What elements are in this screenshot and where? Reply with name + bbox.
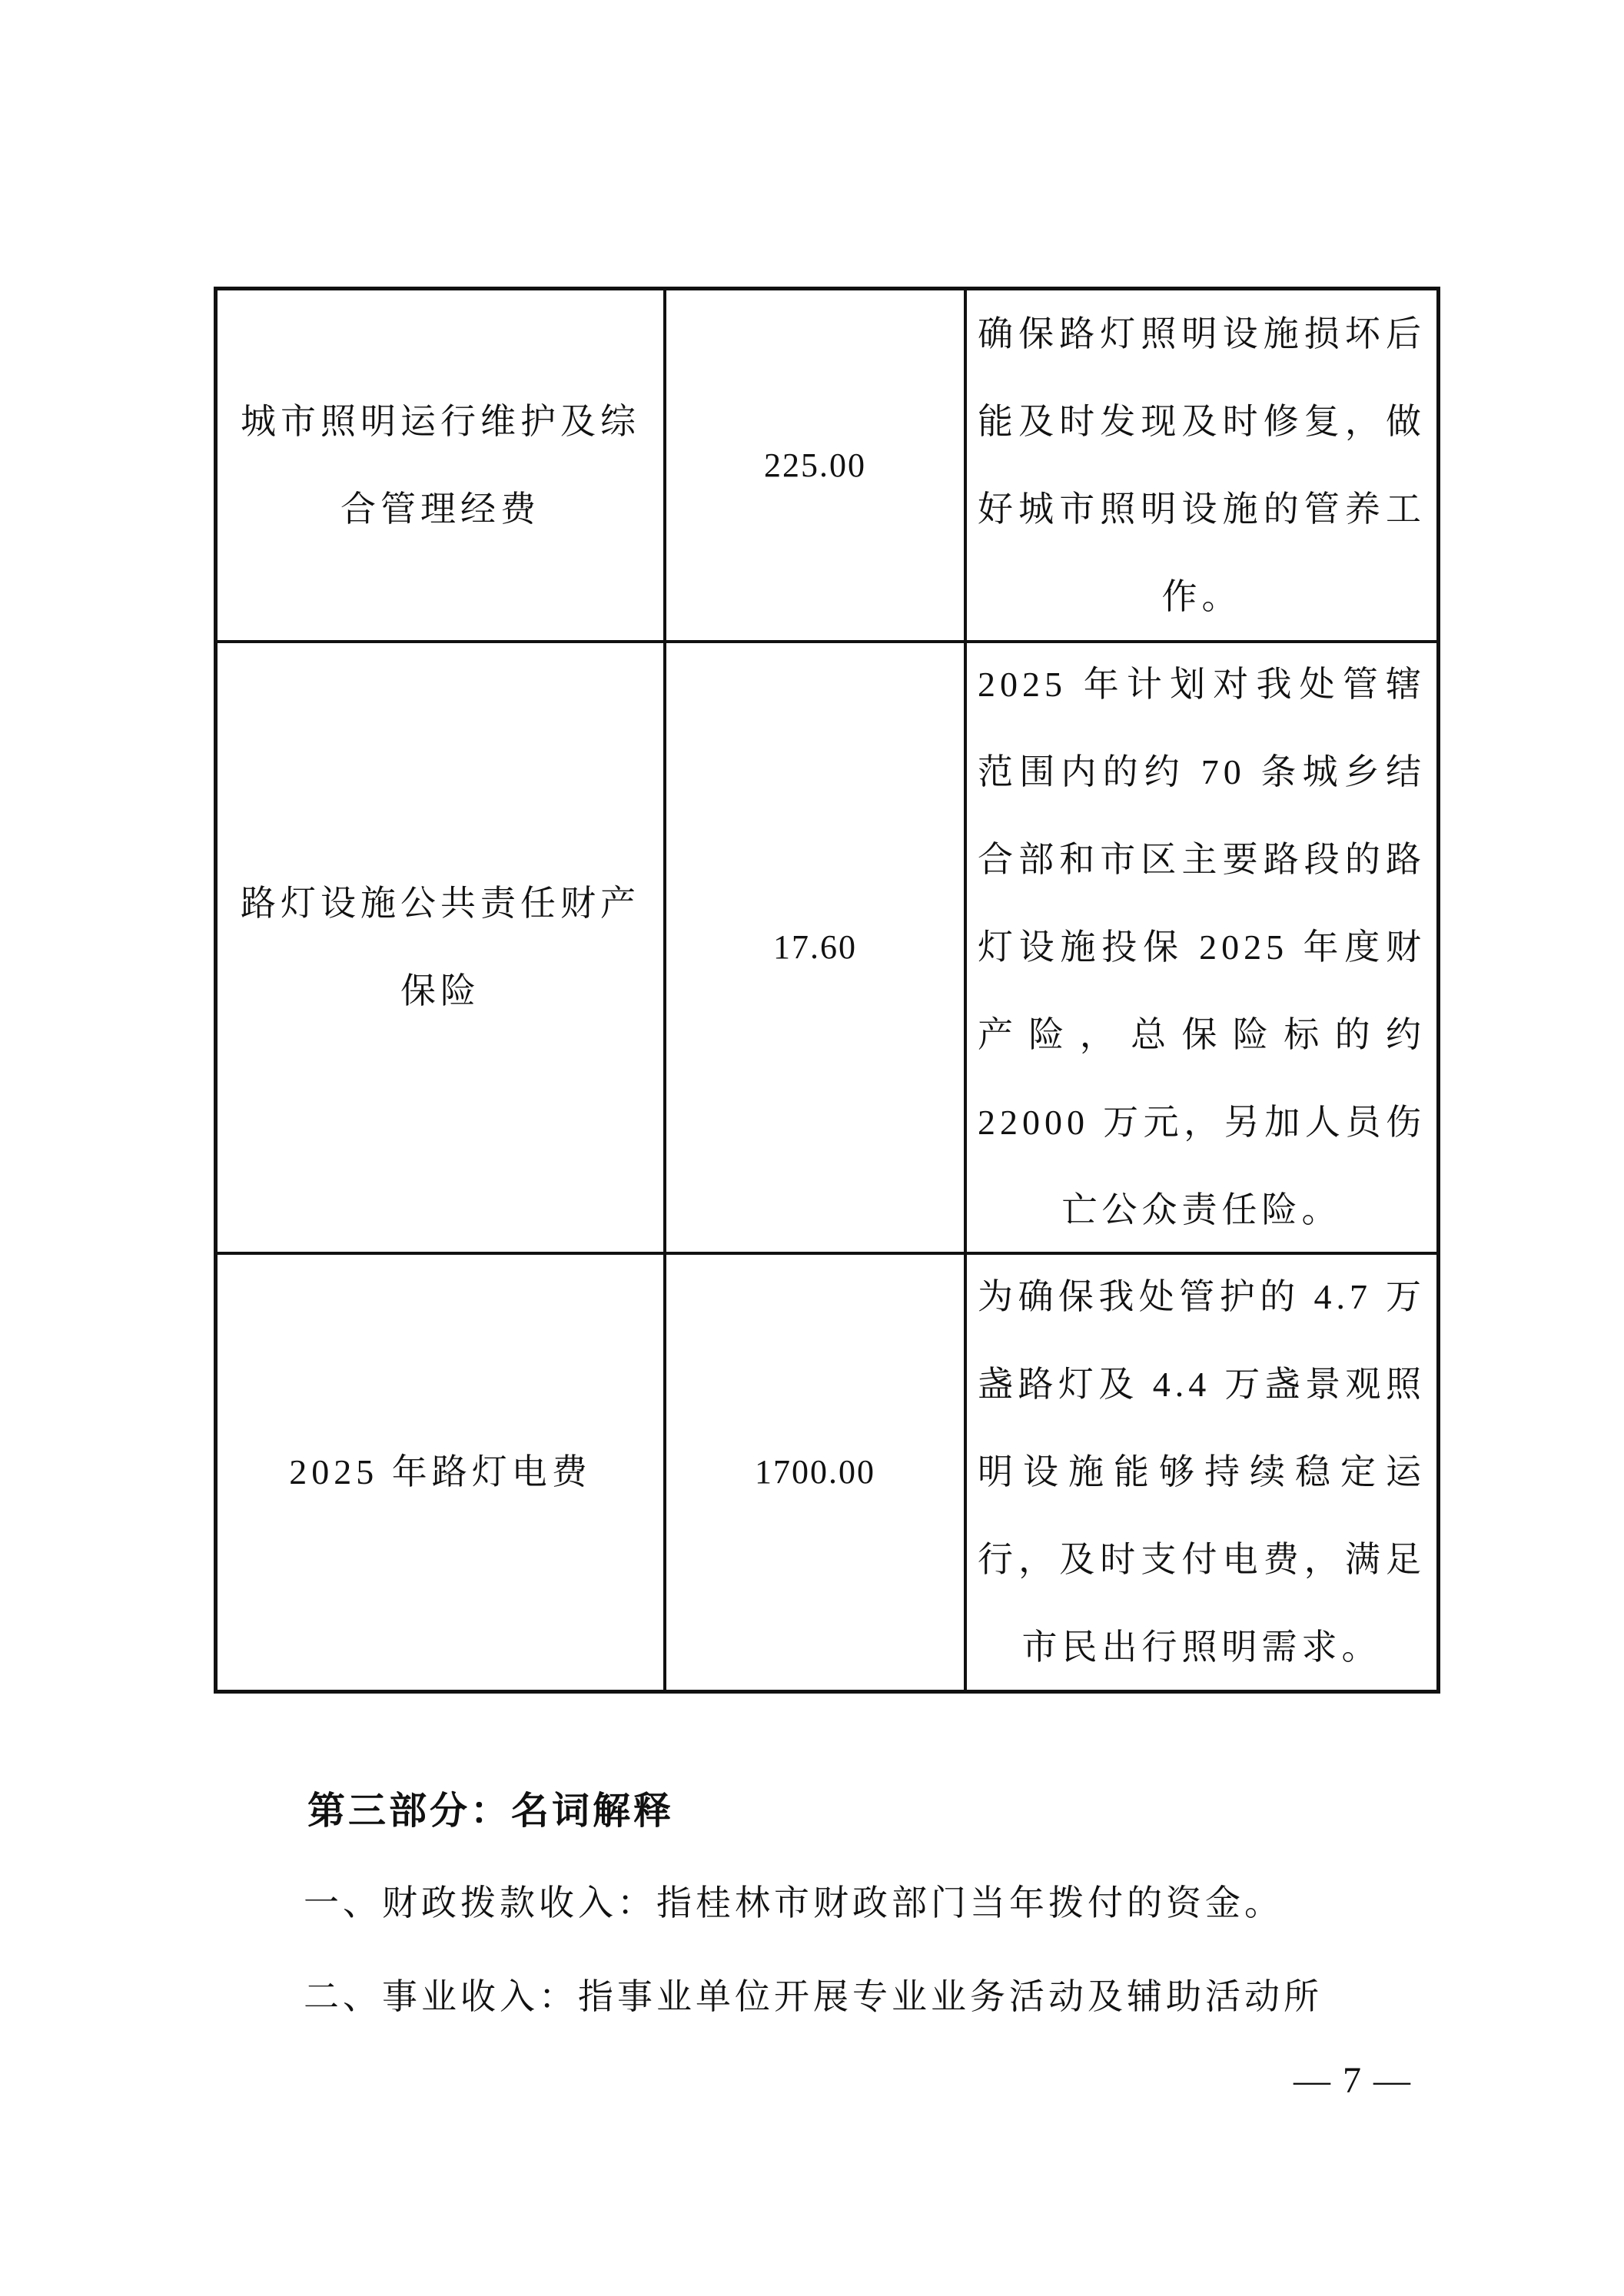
document-page: 城市照明运行维护及综合管理经费 225.00 确保路灯照明设施损坏后能及时发现及… xyxy=(0,0,1624,2296)
project-description: 2025 年计划对我处管辖范围内的约 70 条城乡结合部和市区主要路段的路灯设施… xyxy=(967,643,1436,1252)
project-amount: 17.60 xyxy=(773,904,857,991)
project-description: 确保路灯照明设施损坏后能及时发现及时修复，做好城市照明设施的管养工作。 xyxy=(967,290,1436,640)
project-description-cell: 为确保我处管护的 4.7 万盏路灯及 4.4 万盏景观照明设施能够持续稳定运行，… xyxy=(967,1255,1436,1690)
project-description: 为确保我处管护的 4.7 万盏路灯及 4.4 万盏景观照明设施能够持续稳定运行，… xyxy=(967,1255,1436,1690)
project-description-cell: 2025 年计划对我处管辖范围内的约 70 条城乡结合部和市区主要路段的路灯设施… xyxy=(967,643,1436,1252)
project-name: 路灯设施公共责任财产保险 xyxy=(218,860,663,1035)
glossary-item: 一、财政拨款收入：指桂林市财政部门当年拨付的资金。 xyxy=(304,1875,1426,1926)
project-description-cell: 确保路灯照明设施损坏后能及时发现及时修复，做好城市照明设施的管养工作。 xyxy=(967,290,1436,640)
project-name: 2025 年路灯电费 xyxy=(218,1428,663,1516)
project-name-cell: 城市照明运行维护及综合管理经费 xyxy=(218,290,666,640)
section-heading: 第三部分：名词解释 xyxy=(307,1781,674,1835)
budget-projects-table: 城市照明运行维护及综合管理经费 225.00 确保路灯照明设施损坏后能及时发现及… xyxy=(214,287,1440,1694)
project-amount: 1700.00 xyxy=(755,1428,875,1516)
project-amount: 225.00 xyxy=(764,422,866,509)
project-amount-cell: 1700.00 xyxy=(666,1255,967,1690)
project-name-cell: 2025 年路灯电费 xyxy=(218,1255,666,1690)
project-amount-cell: 17.60 xyxy=(666,643,967,1252)
table-row: 路灯设施公共责任财产保险 17.60 2025 年计划对我处管辖范围内的约 70… xyxy=(218,640,1436,1252)
project-name-cell: 路灯设施公共责任财产保险 xyxy=(218,643,666,1252)
project-amount-cell: 225.00 xyxy=(666,290,967,640)
project-name: 城市照明运行维护及综合管理经费 xyxy=(218,378,663,553)
glossary-item: 二、事业收入：指事业单位开展专业业务活动及辅助活动所 xyxy=(304,1969,1426,2019)
table-row: 2025 年路灯电费 1700.00 为确保我处管护的 4.7 万盏路灯及 4.… xyxy=(218,1252,1436,1690)
page-number: — 7 — xyxy=(1260,2059,1445,2102)
table-row: 城市照明运行维护及综合管理经费 225.00 确保路灯照明设施损坏后能及时发现及… xyxy=(218,290,1436,640)
